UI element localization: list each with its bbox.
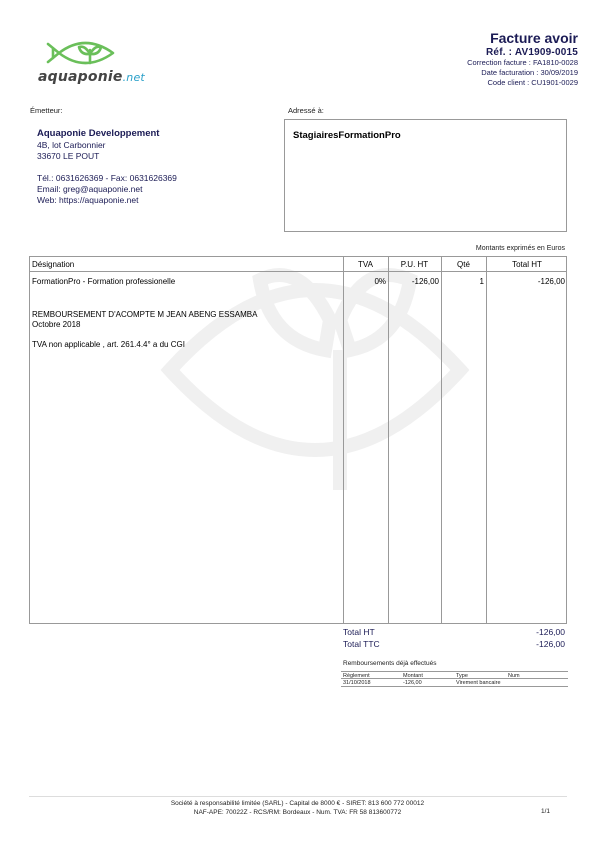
footer-legal-2: NAF-APE: 70022Z - RCS/RM: Bordeaux - Num… bbox=[0, 808, 595, 817]
document-reference: Réf. : AV1909-0015 bbox=[467, 47, 578, 58]
items-table: Désignation TVA P.U. HT Qté Total HT For… bbox=[29, 256, 567, 624]
brand-wordmark: aquaponie.net bbox=[38, 69, 145, 85]
client-code: Code client : CU1901-0029 bbox=[467, 78, 578, 88]
row-unit-price: -126,00 bbox=[388, 277, 439, 286]
document-title: Facture avoir bbox=[467, 30, 578, 46]
refunds-header: Règlement Montant Type Num bbox=[341, 671, 568, 679]
column-divider bbox=[343, 257, 344, 623]
refund-type: Virement bancaire bbox=[456, 680, 501, 686]
description-spacer bbox=[32, 330, 257, 340]
correction-invoice: Correction facture : FA1810-0028 bbox=[467, 58, 578, 68]
sender-name: Aquaponie Developpement bbox=[37, 128, 177, 139]
column-header-tva: TVA bbox=[343, 260, 388, 269]
description-line: TVA non applicable , art. 261.4.4° a du … bbox=[32, 340, 257, 350]
row-tva: 0% bbox=[343, 277, 386, 286]
total-ttc-value: -126,00 bbox=[536, 638, 565, 650]
currency-note: Montants exprimés en Euros bbox=[476, 245, 565, 252]
refund-amount: -126,00 bbox=[403, 680, 422, 686]
sender-block: Aquaponie Developpement 4B, lot Carbonni… bbox=[37, 128, 177, 206]
footer-legal-1: Société à responsabilité limitée (SARL) … bbox=[0, 799, 595, 808]
brand-tld: .net bbox=[123, 71, 145, 84]
column-divider bbox=[441, 257, 442, 623]
row-designation: FormationPro - Formation professionelle bbox=[32, 277, 175, 286]
row-description: REMBOURSEMENT D'ACOMPTE M JEAN ABENG ESS… bbox=[32, 310, 257, 350]
refunds-table: Règlement Montant Type Num 31/10/2018 -1… bbox=[341, 671, 568, 687]
table-header: Désignation TVA P.U. HT Qté Total HT bbox=[30, 257, 566, 272]
refund-date: 31/10/2018 bbox=[343, 680, 371, 686]
total-ttc-label: Total TTC bbox=[343, 639, 380, 649]
totals-block: Total HT -126,00 Total TTC -126,00 bbox=[343, 626, 565, 650]
column-header-unit-price: P.U. HT bbox=[388, 260, 441, 269]
refunds-row: 31/10/2018 -126,00 Virement bancaire bbox=[341, 679, 568, 687]
footer-divider bbox=[29, 796, 567, 797]
invoice-date: Date facturation : 30/09/2019 bbox=[467, 68, 578, 78]
total-ttc-row: Total TTC -126,00 bbox=[343, 638, 565, 650]
recipient-name: StagiairesFormationPro bbox=[293, 130, 401, 141]
total-ht-value: -126,00 bbox=[536, 626, 565, 638]
column-header-quantity: Qté bbox=[441, 260, 486, 269]
brand-name: aquaponie bbox=[38, 69, 123, 85]
page-number: 1/1 bbox=[541, 808, 550, 815]
column-divider bbox=[388, 257, 389, 623]
recipient-label: Adressé à: bbox=[288, 106, 324, 115]
sender-email[interactable]: Email: greg@aquaponie.net bbox=[37, 184, 177, 195]
column-divider bbox=[486, 257, 487, 623]
total-ht-row: Total HT -126,00 bbox=[343, 626, 565, 638]
recipient-box: StagiairesFormationPro bbox=[284, 119, 567, 232]
sender-web[interactable]: Web: https://aquaponie.net bbox=[37, 195, 177, 206]
row-total-ht: -126,00 bbox=[486, 277, 565, 286]
sender-address-2: 33670 LE POUT bbox=[37, 151, 177, 162]
column-header-total-ht: Total HT bbox=[486, 260, 568, 269]
sender-phone: Tél.: 0631626369 - Fax: 0631626369 bbox=[37, 173, 177, 184]
row-quantity: 1 bbox=[441, 277, 484, 286]
total-ht-label: Total HT bbox=[343, 627, 375, 637]
document-header: Facture avoir Réf. : AV1909-0015 Correct… bbox=[467, 30, 578, 88]
description-line: Octobre 2018 bbox=[32, 320, 257, 330]
description-line: REMBOURSEMENT D'ACOMPTE M JEAN ABENG ESS… bbox=[32, 310, 257, 320]
sender-address-1: 4B, lot Carbonnier bbox=[37, 140, 177, 151]
column-header-designation: Désignation bbox=[32, 260, 74, 269]
footer: Société à responsabilité limitée (SARL) … bbox=[0, 799, 595, 817]
refunds-title: Remboursements déjà effectués bbox=[343, 660, 436, 667]
sender-label: Émetteur: bbox=[30, 106, 63, 115]
